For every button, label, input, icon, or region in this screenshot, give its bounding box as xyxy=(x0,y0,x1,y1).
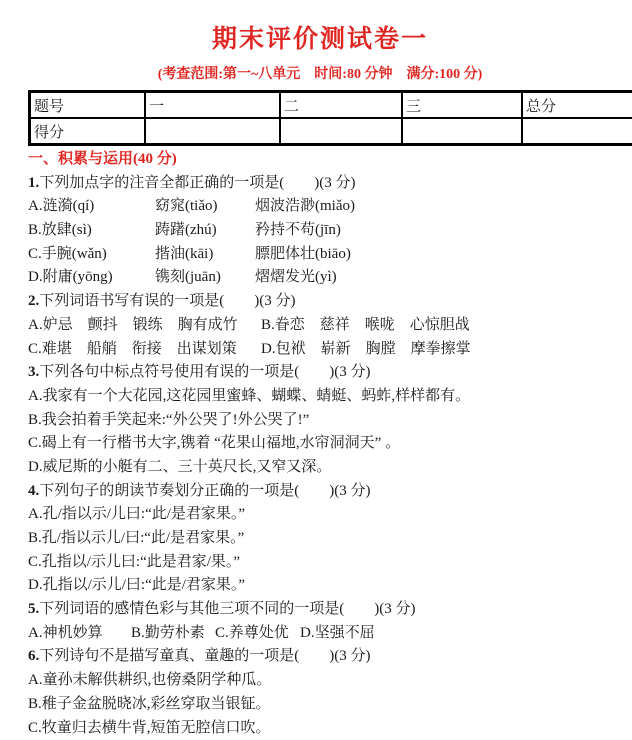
score-cell-2 xyxy=(280,118,402,145)
score-table-score-row: 得分 xyxy=(30,118,632,145)
paper-subtitle: (考查范围:第一~八单元 时间:80 分钟 满分:100 分) xyxy=(28,65,612,84)
question-2-options-ab: A.妒忌 颤抖 锻练 胸有成竹B.眷恋 慈祥 喉咙 心惊胆战 xyxy=(28,314,612,338)
question-4-option-a: A.孔/指以示/儿曰:“此/是君家果。” xyxy=(28,503,612,527)
question-6-option-a: A.童孙未解供耕织,也傍桑阴学种瓜。 xyxy=(28,669,612,693)
section-title: 一、积累与运用(40 分) xyxy=(28,148,612,172)
score-table-col-3: 三 xyxy=(402,92,522,119)
question-4-text: 下列句子的朗读节奏划分正确的一项是( )(3 分) xyxy=(39,483,370,499)
option-word: 矜持不苟(jīn) xyxy=(255,222,341,238)
question-1-option-b: B.放肆(sì)踌躇(zhú)矜持不苟(jīn) xyxy=(28,219,612,243)
option-word: 揩油(kāi) xyxy=(155,243,255,267)
option-word: C.手腕(wǎn) xyxy=(28,243,155,267)
question-5-number: 5. xyxy=(28,601,39,617)
question-2-text: 下列词语书写有误的一项是( )(3 分) xyxy=(39,293,295,309)
score-table-col-total: 总分 xyxy=(522,92,632,119)
score-row-label: 得分 xyxy=(30,118,146,145)
option-c: C.养尊处优 xyxy=(215,622,300,646)
option-group-a: A.妒忌 颤抖 锻练 胸有成竹 xyxy=(28,314,261,338)
exam-paper-page: 期末评价测试卷一 (考查范围:第一~八单元 时间:80 分钟 满分:100 分)… xyxy=(0,0,632,740)
option-word: 踌躇(zhú) xyxy=(155,219,255,243)
question-3-text: 下列各句中标点符号使用有误的一项是( )(3 分) xyxy=(39,364,370,380)
question-1-option-c: C.手腕(wǎn)揩油(kāi)膘肥体壮(biāo) xyxy=(28,243,612,267)
question-1-option-a: A.涟漪(qí)窈窕(tiǎo)烟波浩渺(miǎo) xyxy=(28,195,612,219)
question-6-option-b: B.稚子金盆脱晓冰,彩丝穿取当银钲。 xyxy=(28,693,612,717)
question-4-option-c: C.孔指以/示儿曰:“此是君家/果。” xyxy=(28,551,612,575)
score-cell-total xyxy=(522,118,632,145)
score-table-header-row: 题号 一 二 三 总分 xyxy=(30,92,632,119)
question-2-options-cd: C.难堪 船艄 衔接 出谋划策D.包袱 崭新 胸膛 摩拳擦掌 xyxy=(28,338,612,362)
option-a: A.神机妙算 xyxy=(28,622,131,646)
option-word: D.附庸(yōng) xyxy=(28,266,155,290)
score-cell-3 xyxy=(402,118,522,145)
score-table-col-label: 题号 xyxy=(30,92,146,119)
option-word: A.涟漪(qí) xyxy=(28,195,155,219)
question-5-options: A.神机妙算B.勤劳朴素C.养尊处优D.坚强不屈 xyxy=(28,622,612,646)
score-cell-1 xyxy=(145,118,280,145)
question-6-number: 6. xyxy=(28,648,39,664)
question-1-option-d: D.附庸(yōng)镌刻(juān)熠熠发光(yì) xyxy=(28,266,612,290)
question-2-number: 2. xyxy=(28,293,39,309)
option-word: 熠熠发光(yì) xyxy=(255,269,337,285)
score-table: 题号 一 二 三 总分 得分 xyxy=(28,90,632,146)
option-word: 烟波浩渺(miǎo) xyxy=(255,198,355,214)
question-3-option-d: D.威尼斯的小艇有二、三十英尺长,又窄又深。 xyxy=(28,456,612,480)
question-3-option-c: C.碣上有一行楷书大字,镌着 “花果山福地,水帘洞洞天” 。 xyxy=(28,432,612,456)
option-group-c: C.难堪 船艄 衔接 出谋划策 xyxy=(28,338,261,362)
question-6-text: 下列诗句不是描写童真、童趣的一项是( )(3 分) xyxy=(39,648,370,664)
score-table-col-1: 一 xyxy=(145,92,280,119)
question-1-number: 1. xyxy=(28,175,39,191)
option-word: 镌刻(juān) xyxy=(155,266,255,290)
question-6-stem: 6.下列诗句不是描写童真、童趣的一项是( )(3 分) xyxy=(28,645,612,669)
question-6-option-c: C.牧童归去横牛背,短笛无腔信口吹。 xyxy=(28,717,612,740)
option-group-b: B.眷恋 慈祥 喉咙 心惊胆战 xyxy=(261,317,470,333)
question-4-stem: 4.下列句子的朗读节奏划分正确的一项是( )(3 分) xyxy=(28,480,612,504)
question-5-text: 下列词语的感情色彩与其他三项不同的一项是( )(3 分) xyxy=(39,601,415,617)
option-word: 窈窕(tiǎo) xyxy=(155,195,255,219)
question-3-option-b: B.我会拍着手笑起来:“外公哭了!外公哭了!” xyxy=(28,409,612,433)
question-1-stem: 1.下列加点字的注音全都正确的一项是( )(3 分) xyxy=(28,172,612,196)
question-2-stem: 2.下列词语书写有误的一项是( )(3 分) xyxy=(28,290,612,314)
paper-title: 期末评价测试卷一 xyxy=(28,0,612,56)
question-4-option-b: B.孔/指以示儿/曰:“此/是君家果。” xyxy=(28,527,612,551)
option-word: B.放肆(sì) xyxy=(28,219,155,243)
question-3-option-a: A.我家有一个大花园,这花园里蜜蜂、蝴蝶、蜻蜓、蚂蚱,样样都有。 xyxy=(28,385,612,409)
option-group-d: D.包袱 崭新 胸膛 摩拳擦掌 xyxy=(261,341,471,357)
question-4-number: 4. xyxy=(28,483,39,499)
option-b: B.勤劳朴素 xyxy=(131,622,215,646)
question-4-option-d: D.孔指以/示儿/曰:“此是/君家果。” xyxy=(28,574,612,598)
score-table-col-2: 二 xyxy=(280,92,402,119)
option-word: 膘肥体壮(biāo) xyxy=(255,246,351,262)
question-1-text: 下列加点字的注音全都正确的一项是( )(3 分) xyxy=(39,175,355,191)
option-d: D.坚强不屈 xyxy=(300,625,375,641)
question-3-number: 3. xyxy=(28,364,39,380)
question-5-stem: 5.下列词语的感情色彩与其他三项不同的一项是( )(3 分) xyxy=(28,598,612,622)
question-3-stem: 3.下列各句中标点符号使用有误的一项是( )(3 分) xyxy=(28,361,612,385)
